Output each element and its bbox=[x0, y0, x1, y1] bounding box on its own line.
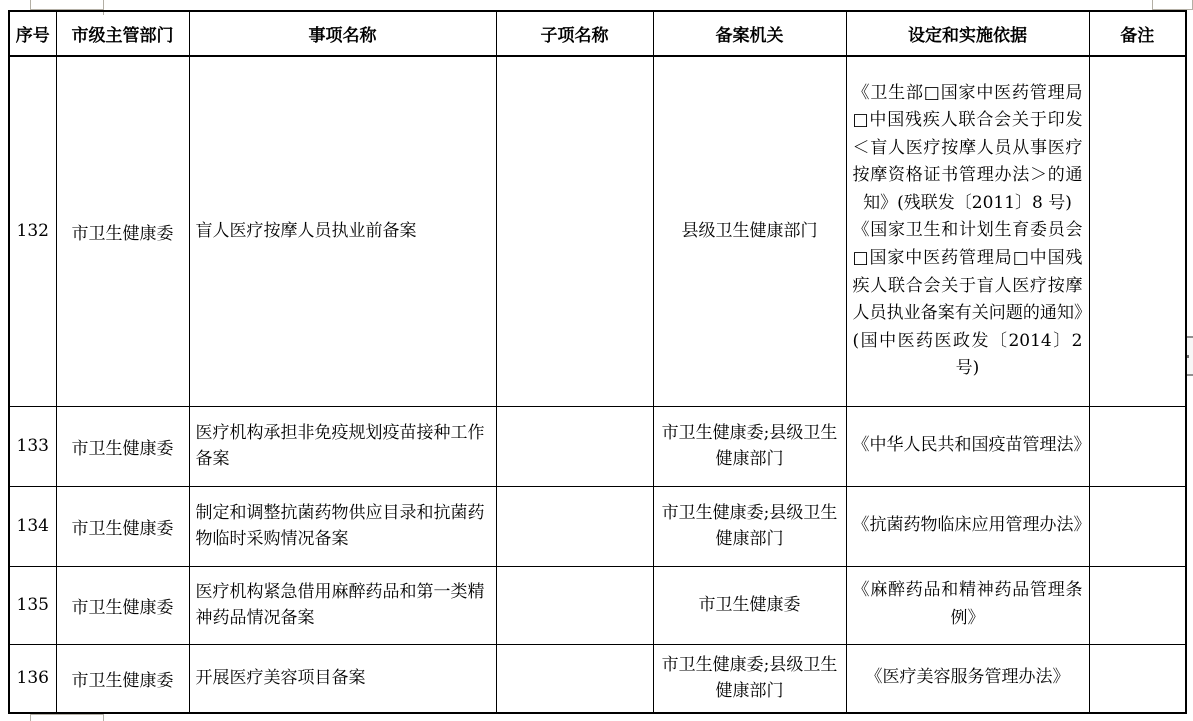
cell-basis: 《抗菌药物临床应用管理办法》 bbox=[846, 486, 1089, 566]
cell-filing-authority: 县级卫生健康部门 bbox=[653, 56, 846, 406]
cell-sub-item bbox=[496, 566, 653, 644]
screenshot-artifact-top-right bbox=[1152, 0, 1193, 10]
scrollbar-fragment[interactable] bbox=[1186, 336, 1193, 376]
cell-basis: 《卫生部□国家中医药管理局□中国残疾人联合会关于印发＜盲人医疗按摩人员从事医疗按… bbox=[846, 56, 1089, 406]
cell-seq: 135 bbox=[9, 566, 56, 644]
header-filing-authority: 备案机关 bbox=[653, 11, 846, 56]
cell-item-name: 制定和调整抗菌药物供应目录和抗菌药物临时采购情况备案 bbox=[189, 486, 496, 566]
cell-item-name: 开展医疗美容项目备案 bbox=[189, 644, 496, 713]
cell-seq: 134 bbox=[9, 486, 56, 566]
table-row: 135 市卫生健康委 医疗机构紧急借用麻醉药品和第一类精神药品情况备案 市卫生健… bbox=[9, 566, 1186, 644]
table-row: 133 市卫生健康委 医疗机构承担非免疫规划疫苗接种工作备案 市卫生健康委;县级… bbox=[9, 406, 1186, 486]
cell-remark bbox=[1089, 406, 1186, 486]
cell-sub-item bbox=[496, 486, 653, 566]
cell-sub-item bbox=[496, 406, 653, 486]
cell-filing-authority: 市卫生健康委;县级卫生健康部门 bbox=[653, 406, 846, 486]
cell-seq: 133 bbox=[9, 406, 56, 486]
cell-basis: 《麻醉药品和精神药品管理条例》 bbox=[846, 566, 1089, 644]
table-row: 136 市卫生健康委 开展医疗美容项目备案 市卫生健康委;县级卫生健康部门 《医… bbox=[9, 644, 1186, 713]
cell-item-name: 医疗机构承担非免疫规划疫苗接种工作备案 bbox=[189, 406, 496, 486]
screenshot-artifact-bottom-left bbox=[30, 714, 104, 721]
table-row: 134 市卫生健康委 制定和调整抗菌药物供应目录和抗菌药物临时采购情况备案 市卫… bbox=[9, 486, 1186, 566]
cell-basis: 《中华人民共和国疫苗管理法》 bbox=[846, 406, 1089, 486]
cell-seq: 132 bbox=[9, 56, 56, 406]
cell-sub-item bbox=[496, 56, 653, 406]
cell-seq: 136 bbox=[9, 644, 56, 713]
header-item-name: 事项名称 bbox=[189, 11, 496, 56]
cell-remark bbox=[1089, 486, 1186, 566]
filing-items-table: 序号 市级主管部门 事项名称 子项名称 备案机关 设定和实施依据 备注 132 … bbox=[8, 10, 1187, 714]
header-basis: 设定和实施依据 bbox=[846, 11, 1089, 56]
screenshot-artifact-top-left bbox=[30, 0, 104, 10]
cell-sub-item bbox=[496, 644, 653, 713]
cell-department: 市卫生健康委 bbox=[56, 644, 189, 713]
cell-item-name: 医疗机构紧急借用麻醉药品和第一类精神药品情况备案 bbox=[189, 566, 496, 644]
cell-department: 市卫生健康委 bbox=[56, 486, 189, 566]
header-sub-item: 子项名称 bbox=[496, 11, 653, 56]
table-row: 132 市卫生健康委 盲人医疗按摩人员执业前备案 县级卫生健康部门 《卫生部□国… bbox=[9, 56, 1186, 406]
cell-filing-authority: 市卫生健康委 bbox=[653, 566, 846, 644]
cell-department: 市卫生健康委 bbox=[56, 406, 189, 486]
header-seq: 序号 bbox=[9, 11, 56, 56]
cell-basis: 《医疗美容服务管理办法》 bbox=[846, 644, 1089, 713]
cell-remark bbox=[1089, 566, 1186, 644]
header-department: 市级主管部门 bbox=[56, 11, 189, 56]
cell-department: 市卫生健康委 bbox=[56, 566, 189, 644]
cell-filing-authority: 市卫生健康委;县级卫生健康部门 bbox=[653, 486, 846, 566]
cell-remark bbox=[1089, 644, 1186, 713]
table-header-row: 序号 市级主管部门 事项名称 子项名称 备案机关 设定和实施依据 备注 bbox=[9, 11, 1186, 56]
cell-department: 市卫生健康委 bbox=[56, 56, 189, 406]
cell-filing-authority: 市卫生健康委;县级卫生健康部门 bbox=[653, 644, 846, 713]
header-remark: 备注 bbox=[1089, 11, 1186, 56]
document-page: 序号 市级主管部门 事项名称 子项名称 备案机关 设定和实施依据 备注 132 … bbox=[0, 0, 1193, 721]
cell-remark bbox=[1089, 56, 1186, 406]
cell-item-name: 盲人医疗按摩人员执业前备案 bbox=[189, 56, 496, 406]
